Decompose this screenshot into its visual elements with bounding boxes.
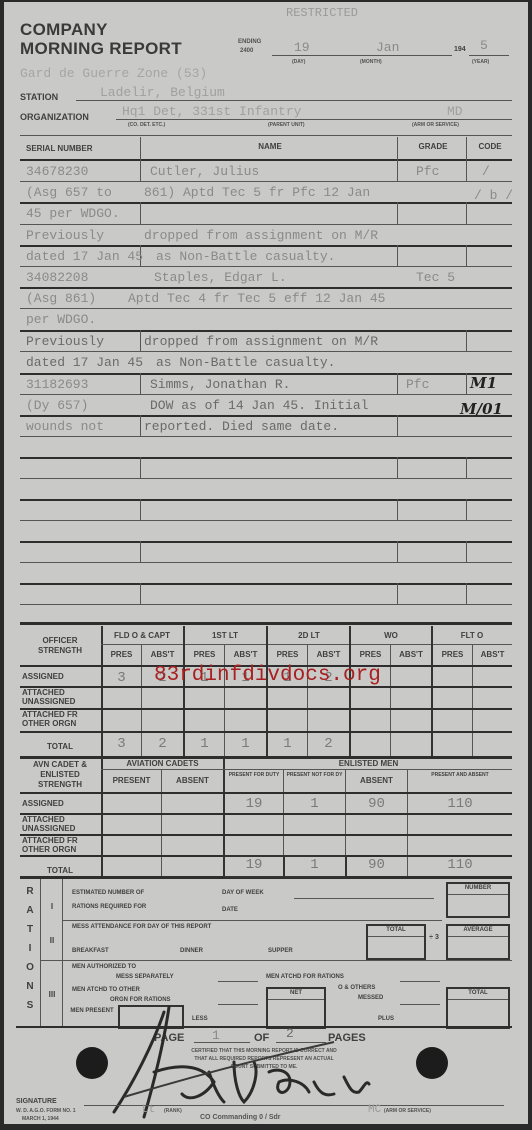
group-2d-lt: 2D LT bbox=[268, 631, 350, 640]
group-flt-o: FLT O bbox=[432, 631, 512, 640]
month-caption: (MONTH) bbox=[360, 59, 382, 65]
entry-text: (Asg 657 to bbox=[26, 185, 112, 200]
entry-text: DOW as of 14 Jan 45. Initial bbox=[150, 398, 368, 413]
arm-caption: (ARM OR SERVICE) bbox=[384, 1108, 431, 1114]
classification-stamp: RESTRICTED bbox=[286, 6, 358, 20]
enlisted-assigned-total: 110 bbox=[408, 796, 512, 812]
sec3-others: O & OTHERS bbox=[338, 985, 375, 991]
rank-caption: (RANK) bbox=[164, 1108, 182, 1114]
organization-value: Hq1 Det, 331st Infantry bbox=[122, 104, 301, 119]
entry-code: / bbox=[482, 164, 490, 179]
rations-side-letter: O bbox=[22, 962, 38, 981]
subheader-pres: PRES bbox=[185, 650, 224, 659]
day-caption: (DAY) bbox=[292, 59, 305, 65]
enlisted-assigned-present-duty: 19 bbox=[225, 796, 283, 812]
entry-text: Previously bbox=[26, 228, 104, 243]
subheader-pres: PRES bbox=[433, 650, 472, 659]
officer-total-value: 1 bbox=[185, 736, 224, 752]
rations-side-letter: R bbox=[22, 886, 38, 905]
officer-total-value: 1 bbox=[225, 736, 266, 752]
entry-text: wounds not bbox=[26, 419, 104, 434]
signature-label: SIGNATURE bbox=[16, 1098, 57, 1105]
entry-text: as Non-Battle casualty. bbox=[156, 249, 335, 264]
sec2-breakfast: BREAKFAST bbox=[72, 948, 109, 954]
entry-text: reported. Died same date. bbox=[144, 419, 339, 434]
entry-serial: 34678230 bbox=[26, 164, 88, 179]
arm-value: MC bbox=[368, 1104, 381, 1116]
station-value: Ladelir, Belgium bbox=[100, 85, 225, 100]
officer-total-value: 2 bbox=[142, 736, 183, 752]
officer-assigned-value: 3 bbox=[102, 670, 141, 686]
col-grade: GRADE bbox=[400, 142, 466, 151]
entry-grade: Tec 5 bbox=[416, 270, 455, 285]
entry-grade: Pfc bbox=[406, 377, 429, 392]
section-iii-number: III bbox=[42, 990, 62, 999]
sec3-men-atchd-to-other: MEN ATCHD TO OTHER bbox=[72, 987, 140, 993]
enlisted-strength-label: AVN CADET & ENLISTED STRENGTH bbox=[22, 760, 98, 790]
rations-side-letter: A bbox=[22, 905, 38, 924]
total-box-label: TOTAL bbox=[368, 927, 424, 933]
entry-name: Cutler, Julius bbox=[150, 164, 259, 179]
entry-text: per WDGO. bbox=[26, 312, 96, 327]
entry-text: 45 per WDGO. bbox=[26, 206, 120, 221]
group-aviation-cadets: AVIATION CADETS bbox=[102, 759, 223, 768]
report-year: 5 bbox=[480, 38, 488, 53]
rations-side-label: RATIONS bbox=[22, 886, 38, 1019]
sec2-supper: SUPPER bbox=[268, 948, 293, 954]
subheader-abst: ABS'T bbox=[142, 650, 183, 659]
sec1-estimated: ESTIMATED NUMBER OF bbox=[72, 890, 144, 896]
subheader-pres: PRES bbox=[268, 650, 307, 659]
rank-value: Lt bbox=[142, 1104, 155, 1116]
group-1st-lt: 1ST LT bbox=[184, 631, 266, 640]
officer-total-value: 1 bbox=[268, 736, 307, 752]
watermark: 83rdinfdivdocs.org bbox=[154, 664, 381, 687]
entry-text: dated 17 Jan 45 bbox=[26, 355, 143, 370]
section-i-number: I bbox=[42, 902, 62, 911]
enlisted-assigned-present-not-duty: 1 bbox=[284, 796, 345, 812]
form-number: W. D. A.G.O. FORM NO. 1 bbox=[16, 1108, 76, 1114]
subheader-abst: ABS'T bbox=[308, 650, 349, 659]
entry-text: 861) Aptd Tec 5 fr Pfc 12 Jan bbox=[144, 185, 370, 200]
year-prefix: 194 bbox=[454, 46, 466, 53]
enlisted-total-present-duty: 19 bbox=[225, 857, 283, 873]
row-label-total: TOTAL bbox=[22, 866, 98, 875]
sec3-men-authorized: MEN AUTHORIZED TO bbox=[72, 964, 136, 970]
row-label-total: TOTAL bbox=[22, 742, 98, 751]
rations-side-letter: I bbox=[22, 943, 38, 962]
entry-text: dropped from assignment on M/R bbox=[144, 228, 378, 243]
sec2-mess-attendance: MESS ATTENDANCE FOR DAY OF THIS REPORT bbox=[72, 924, 211, 930]
subheader-pres: PRES bbox=[102, 650, 141, 659]
enlisted-assigned-absent: 90 bbox=[346, 796, 407, 812]
signature-caption: CO Commanding 0 / Sdr bbox=[200, 1114, 281, 1121]
rations-side-letter: S bbox=[22, 1000, 38, 1019]
average-box-label: AVERAGE bbox=[448, 927, 508, 933]
enlisted-total-present-not-duty: 1 bbox=[284, 857, 345, 873]
entry-text: as Non-Battle casualty. bbox=[156, 355, 335, 370]
organization-branch: MD bbox=[447, 104, 463, 119]
enlisted-total-all: 110 bbox=[408, 857, 512, 873]
group-wo: WO bbox=[350, 631, 432, 640]
group-fld-o-capt: FLD O & CAPT bbox=[102, 631, 182, 640]
entry-text: Previously bbox=[26, 334, 104, 349]
entry-text: dropped from assignment on M/R bbox=[144, 334, 378, 349]
net-box-label: NET bbox=[268, 990, 324, 996]
sec2-dinner: DINNER bbox=[180, 948, 203, 954]
org-caption-parent: (PARENT UNIT) bbox=[268, 122, 305, 128]
form-title-line1: COMPANY bbox=[20, 20, 108, 39]
row-label-attached-fr-other: ATTACHED FR OTHER ORGN bbox=[22, 836, 98, 854]
subheader-present-and-absent: PRESENT AND ABSENT bbox=[408, 772, 512, 778]
entry-serial: 31182693 bbox=[26, 377, 88, 392]
entry-text: Aptd Tec 4 fr Tec 5 eff 12 Jan 45 bbox=[128, 291, 385, 306]
sec3-men-atchd-for-rations: MEN ATCHD FOR RATIONS bbox=[266, 974, 344, 980]
entry-text: (Dy 657) bbox=[26, 398, 88, 413]
section-ii-number: II bbox=[42, 936, 62, 945]
sec1-date: DATE bbox=[222, 907, 238, 913]
subheader-abst: ABS'T bbox=[225, 650, 266, 659]
subheader-absent: ABSENT bbox=[346, 776, 407, 785]
org-caption-arm: (ARM OR SERVICE) bbox=[412, 122, 459, 128]
rations-side-letter: N bbox=[22, 981, 38, 1000]
row-label-assigned: ASSIGNED bbox=[22, 672, 98, 681]
row-label-attached-unassigned: ATTACHED UNASSIGNED bbox=[22, 688, 98, 706]
number-box-label: NUMBER bbox=[448, 885, 508, 891]
form-title-line2: MORNING REPORT bbox=[20, 39, 182, 58]
sec1-day-of-week: DAY OF WEEK bbox=[222, 890, 264, 896]
row-label-assigned: ASSIGNED bbox=[22, 799, 98, 808]
location-line: Gard de Guerre Zone (53) bbox=[20, 66, 207, 81]
entry-grade: Pfc bbox=[416, 164, 439, 179]
row-label-attached-fr-other: ATTACHED FR OTHER ORGN bbox=[22, 710, 98, 728]
entry-text: dated 17 Jan 45 bbox=[26, 249, 143, 264]
station-label: STATION bbox=[20, 92, 58, 102]
group-enlisted-men: ENLISTED MEN bbox=[225, 759, 512, 768]
subheader-abst: ABS'T bbox=[391, 650, 431, 659]
subheader-absent: ABSENT bbox=[162, 776, 223, 785]
col-name: NAME bbox=[144, 142, 396, 151]
entry-serial: 34082208 bbox=[26, 270, 88, 285]
sec3-messed: MESSED bbox=[358, 995, 383, 1001]
subheader-present: PRESENT bbox=[102, 776, 161, 785]
row-label-attached-unassigned: ATTACHED UNASSIGNED bbox=[22, 815, 98, 833]
report-month: Jan bbox=[376, 40, 399, 55]
org-caption-unit: (CO. DET. ETC.) bbox=[128, 122, 165, 128]
ending-label: ENDING bbox=[238, 39, 261, 45]
morning-report-card: COMPANY MORNING REPORT RESTRICTED ENDING… bbox=[4, 2, 528, 1124]
entry-code-handwritten: M1 bbox=[470, 374, 497, 392]
year-caption: (YEAR) bbox=[472, 59, 489, 65]
subheader-pres: PRES bbox=[351, 650, 390, 659]
col-serial-number: SERIAL NUMBER bbox=[26, 144, 136, 153]
subheader-present-for-duty: PRESENT FOR DUTY bbox=[225, 772, 283, 778]
punch-hole-right bbox=[416, 1047, 448, 1079]
sec3-mess-separately: MESS SEPARATELY bbox=[116, 974, 174, 980]
organization-label: ORGANIZATION bbox=[20, 112, 89, 122]
officer-strength-label: OFFICER STRENGTH bbox=[22, 636, 98, 656]
entry-code-handwritten: M/01 bbox=[460, 400, 503, 418]
enlisted-total-absent: 90 bbox=[346, 857, 407, 873]
col-code: CODE bbox=[468, 142, 512, 151]
subheader-present-not-for-duty: PRESENT NOT FOR DY bbox=[284, 772, 345, 778]
officer-total-value: 3 bbox=[102, 736, 141, 752]
officer-total-value: 2 bbox=[308, 736, 349, 752]
total-box-label: TOTAL bbox=[448, 990, 508, 996]
divide-by-3: ÷ 3 bbox=[426, 934, 442, 941]
report-day: 19 bbox=[294, 40, 310, 55]
entry-name: Simms, Jonathan R. bbox=[150, 377, 290, 392]
signature-scrawl-icon bbox=[94, 1002, 394, 1122]
sec1-rations-required: RATIONS REQUIRED FOR bbox=[72, 904, 146, 910]
entry-name: Staples, Edgar L. bbox=[154, 270, 287, 285]
rations-side-letter: T bbox=[22, 924, 38, 943]
entry-text: (Asg 861) bbox=[26, 291, 96, 306]
entry-code: / b / bbox=[474, 188, 513, 203]
form-date: MARCH 1, 1944 bbox=[22, 1116, 59, 1122]
ending-time: 2400 bbox=[240, 48, 253, 54]
subheader-abst: ABS'T bbox=[473, 650, 512, 659]
